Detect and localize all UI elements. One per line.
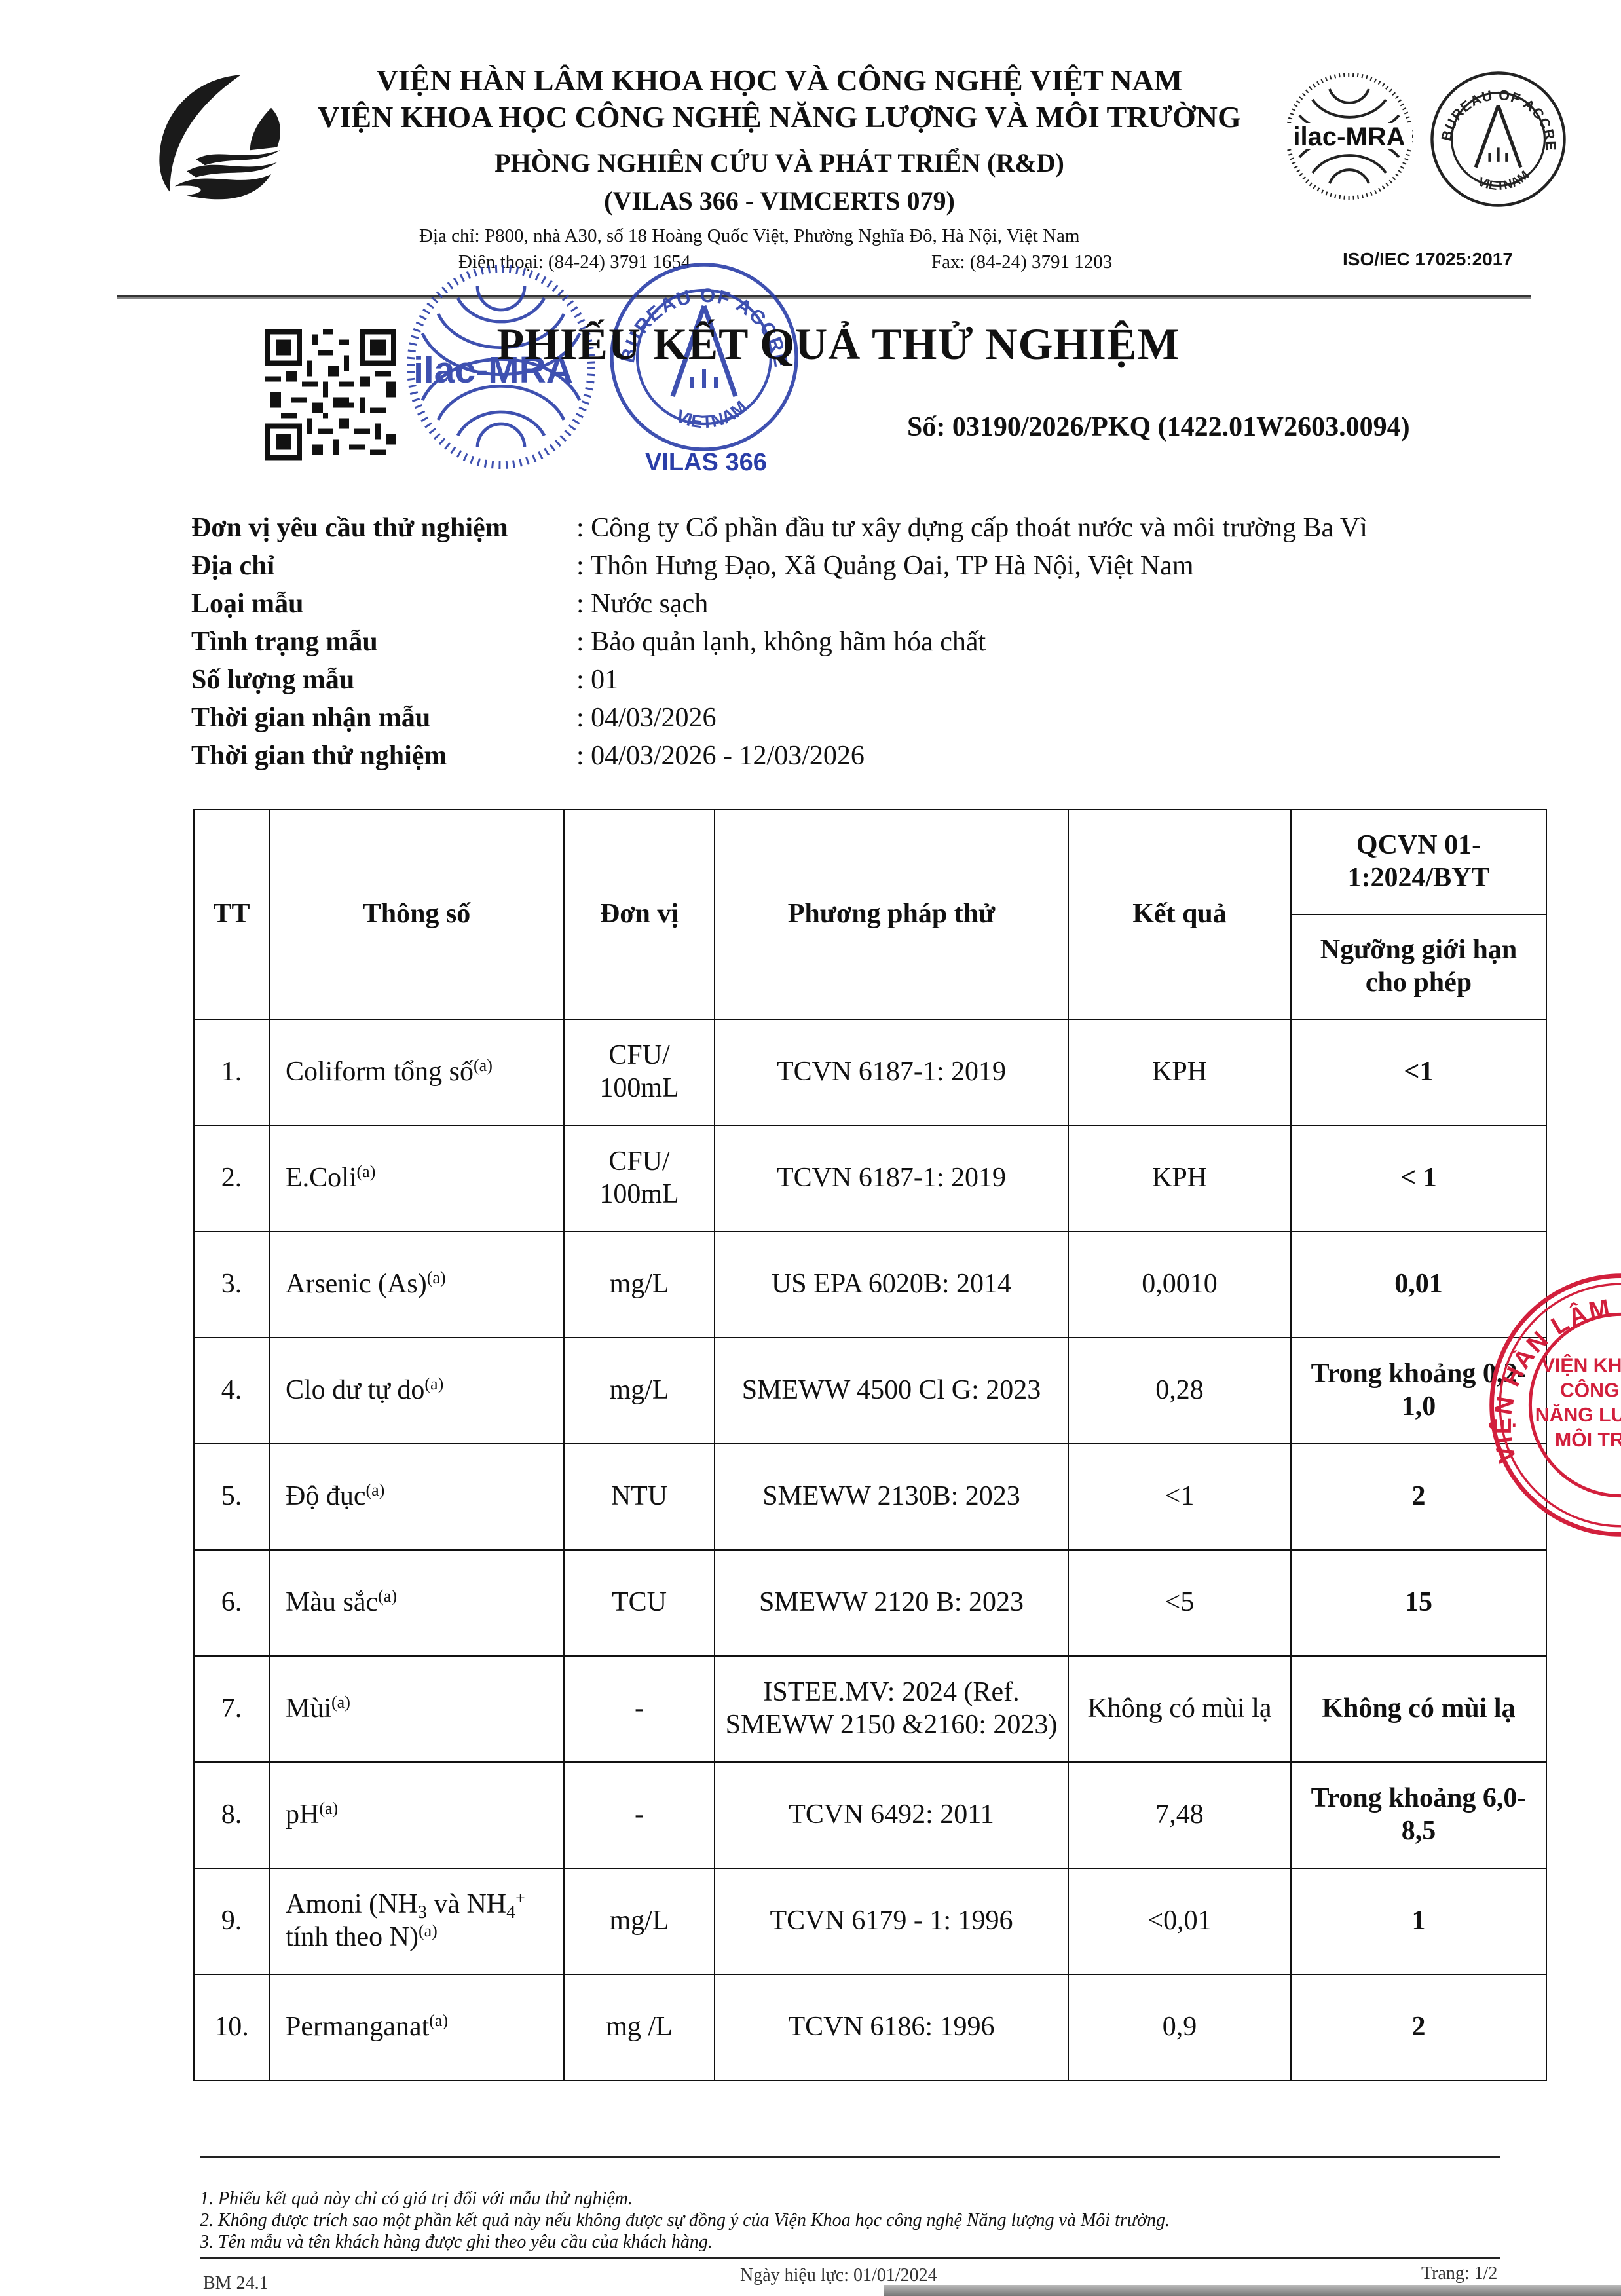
footer-note: 3. Tên mẫu và tên khách hàng được ghi th… xyxy=(200,2231,1170,2253)
cell-unit: CFU/ 100mL xyxy=(564,1019,715,1125)
footer-note: 1. Phiếu kết quả này chỉ có giá trị đối … xyxy=(200,2188,1170,2210)
effective-date: Ngày hiệu lực: 01/01/2024 xyxy=(740,2265,937,2286)
org-address: Địa chỉ: P800, nhà A30, số 18 Hoàng Quốc… xyxy=(419,225,1079,247)
cell-parameter: Mùi(a) xyxy=(269,1656,564,1762)
cell-tt: 9. xyxy=(194,1868,269,1974)
cell-parameter: Clo dư tự do(a) xyxy=(269,1338,564,1444)
cell-parameter: Amoni (NH3 và NH4+ tính theo N)(a) xyxy=(269,1868,564,1974)
svg-text:BUREAU OF ACCREDITATION: BUREAU OF ACCREDITATION xyxy=(1428,69,1559,151)
cell-parameter: Arsenic (As)(a) xyxy=(269,1232,564,1338)
cell-unit: mg/L xyxy=(564,1232,715,1338)
parameter-name: Clo dư tự do xyxy=(286,1375,424,1405)
info-value: : 04/03/2026 xyxy=(576,702,717,734)
cell-tt: 1. xyxy=(194,1019,269,1125)
accreditation-note-marker: (a) xyxy=(319,1799,338,1818)
cell-result: 0,9 xyxy=(1068,1974,1291,2080)
vilas-stamp-label: VILAS 366 xyxy=(645,449,767,477)
results-table: TT Thông số Đơn vị Phương pháp thử Kết q… xyxy=(193,809,1547,2081)
svg-text:VIETNAM: VIETNAM xyxy=(673,397,751,432)
parameter-name: Permanganat xyxy=(286,2012,429,2042)
cell-unit: mg /L xyxy=(564,1974,715,2080)
parameter-name: Arsenic (As) xyxy=(286,1269,427,1299)
info-label: Thời gian nhận mẫu xyxy=(191,702,576,734)
accreditation-note-marker: (a) xyxy=(474,1056,493,1075)
page-number: Trang: 1/2 xyxy=(1421,2263,1497,2284)
cell-result: <1 xyxy=(1068,1444,1291,1550)
svg-text:VIETNAM: VIETNAM xyxy=(1476,168,1532,193)
bureau-of-accreditation-logo-icon: BUREAU OF ACCREDITATION VIETNAM xyxy=(1428,69,1569,210)
iso-standard-label: ISO/IEC 17025:2017 xyxy=(1343,249,1513,270)
table-row: 2.E.Coli(a)CFU/ 100mLTCVN 6187-1: 2019KP… xyxy=(194,1125,1546,1232)
info-row: Thời gian nhận mẫu: 04/03/2026 xyxy=(191,696,1368,734)
info-label: Địa chỉ xyxy=(191,550,576,582)
cell-tt: 6. xyxy=(194,1550,269,1656)
table-row: 7.Mùi(a)-ISTEE.MV: 2024 (Ref. SMEWW 2150… xyxy=(194,1656,1546,1762)
cell-tt: 3. xyxy=(194,1232,269,1338)
cell-unit: TCU xyxy=(564,1550,715,1656)
info-value: : Nước sạch xyxy=(576,588,708,620)
cell-unit: - xyxy=(564,1762,715,1868)
cell-tt: 10. xyxy=(194,1974,269,2080)
info-row: Đơn vị yêu cầu thử nghiệm: Công ty Cổ ph… xyxy=(191,506,1368,544)
cell-limit: 0,01 xyxy=(1291,1232,1546,1338)
cell-tt: 7. xyxy=(194,1656,269,1762)
cell-parameter: Độ đục(a) xyxy=(269,1444,564,1550)
cell-unit: mg/L xyxy=(564,1338,715,1444)
cell-method: TCVN 6187-1: 2019 xyxy=(715,1125,1068,1232)
cell-limit: < 1 xyxy=(1291,1125,1546,1232)
cell-method: TCVN 6186: 1996 xyxy=(715,1974,1068,2080)
info-label: Tình trạng mẫu xyxy=(191,626,576,658)
cell-result: <0,01 xyxy=(1068,1868,1291,1974)
cell-unit: - xyxy=(564,1656,715,1762)
org-department-name: PHÒNG NGHIÊN CỨU VÀ PHÁT TRIỂN (R&D) xyxy=(288,147,1271,178)
parameter-name: Coliform tổng số xyxy=(286,1057,474,1087)
org-accreditation-codes: (VILAS 366 - VIMCERTS 079) xyxy=(288,185,1271,216)
header-divider xyxy=(117,295,1531,299)
footer-divider-top xyxy=(200,2156,1500,2158)
accreditation-note-marker: (a) xyxy=(419,1921,438,1940)
page-title: PHIẾU KẾT QUẢ THỬ NGHIỆM xyxy=(413,318,1264,370)
header-result: Kết quả xyxy=(1068,810,1291,1019)
cell-method: ISTEE.MV: 2024 (Ref. SMEWW 2150 &2160: 2… xyxy=(715,1656,1068,1762)
cell-limit: Trong khoảng 0,2-1,0 xyxy=(1291,1338,1546,1444)
org-institute-name: VIỆN KHOA HỌC CÔNG NGHỆ NĂNG LƯỢNG VÀ MÔ… xyxy=(288,100,1271,134)
cell-result: 0,28 xyxy=(1068,1338,1291,1444)
cell-parameter: Permanganat(a) xyxy=(269,1974,564,2080)
footer-divider-bottom xyxy=(200,2257,1500,2259)
footer-notes: 1. Phiếu kết quả này chỉ có giá trị đối … xyxy=(200,2188,1170,2253)
header-method: Phương pháp thử xyxy=(715,810,1068,1019)
cell-result: <5 xyxy=(1068,1550,1291,1656)
cell-unit: NTU xyxy=(564,1444,715,1550)
cell-limit: 15 xyxy=(1291,1550,1546,1656)
info-row: Số lượng mẫu: 01 xyxy=(191,658,1368,696)
scan-edge-shadow xyxy=(884,2285,1621,2296)
cell-limit: 2 xyxy=(1291,1974,1546,2080)
cell-result: 0,0010 xyxy=(1068,1232,1291,1338)
accreditation-note-marker: (a) xyxy=(357,1162,376,1181)
form-code: BM 24.1 xyxy=(203,2273,269,2294)
info-label: Số lượng mẫu xyxy=(191,664,576,696)
cell-parameter: Màu sắc(a) xyxy=(269,1550,564,1656)
cell-parameter: E.Coli(a) xyxy=(269,1125,564,1232)
cell-limit: 2 xyxy=(1291,1444,1546,1550)
accreditation-note-marker: (a) xyxy=(427,1268,446,1287)
header-tt: TT xyxy=(194,810,269,1019)
info-value: : Thôn Hưng Đạo, Xã Quảng Oai, TP Hà Nội… xyxy=(576,550,1194,582)
cell-method: SMEWW 2130B: 2023 xyxy=(715,1444,1068,1550)
accreditation-note-marker: (a) xyxy=(424,1374,443,1393)
sample-info: Đơn vị yêu cầu thử nghiệm: Công ty Cổ ph… xyxy=(191,506,1368,772)
cell-parameter: Coliform tổng số(a) xyxy=(269,1019,564,1125)
svg-text:VIỆN KHOA HỌC: VIỆN KHOA HỌC xyxy=(1542,1355,1621,1377)
parameter-name-part: 4 xyxy=(506,1902,515,1923)
cell-tt: 2. xyxy=(194,1125,269,1232)
svg-text:CÔNG NGHỆ: CÔNG NGHỆ xyxy=(1560,1379,1621,1401)
cell-method: TCVN 6187-1: 2019 xyxy=(715,1019,1068,1125)
info-row: Loại mẫu: Nước sạch xyxy=(191,582,1368,620)
info-row: Thời gian thử nghiệm: 04/03/2026 - 12/03… xyxy=(191,734,1368,772)
cell-limit: 1 xyxy=(1291,1868,1546,1974)
document-number: Số: 03190/2026/PKQ (1422.01W2603.0094) xyxy=(907,411,1410,443)
parameter-name-part: Amoni (NH xyxy=(286,1889,418,1919)
cell-tt: 4. xyxy=(194,1338,269,1444)
cell-limit: Trong khoảng 6,0-8,5 xyxy=(1291,1762,1546,1868)
org-parent-name: VIỆN HÀN LÂM KHOA HỌC VÀ CÔNG NGHỆ VIỆT … xyxy=(288,63,1271,98)
parameter-name: Độ đục xyxy=(286,1481,365,1511)
table-row: 3.Arsenic (As)(a)mg/LUS EPA 6020B: 20140… xyxy=(194,1232,1546,1338)
parameter-name: Mùi xyxy=(286,1693,331,1723)
accreditation-note-marker: (a) xyxy=(378,1587,397,1606)
table-row: 10.Permanganat(a)mg /LTCVN 6186: 19960,9… xyxy=(194,1974,1546,2080)
info-row: Tình trạng mẫu: Bảo quản lạnh, không hãm… xyxy=(191,620,1368,658)
cell-method: SMEWW 4500 Cl G: 2023 xyxy=(715,1338,1068,1444)
parameter-name-part: 3 xyxy=(418,1902,427,1923)
info-label: Thời gian thử nghiệm xyxy=(191,740,576,772)
results-table-container: TT Thông số Đơn vị Phương pháp thử Kết q… xyxy=(193,809,1546,2081)
cell-result: KPH xyxy=(1068,1019,1291,1125)
cell-result: KPH xyxy=(1068,1125,1291,1232)
info-value: : 04/03/2026 - 12/03/2026 xyxy=(576,740,865,772)
cell-result: 7,48 xyxy=(1068,1762,1291,1868)
cell-parameter: pH(a) xyxy=(269,1762,564,1868)
cell-result: Không có mùi lạ xyxy=(1068,1656,1291,1762)
accreditation-note-marker: (a) xyxy=(365,1480,384,1499)
cell-tt: 5. xyxy=(194,1444,269,1550)
parameter-name-part: và NH xyxy=(427,1889,506,1919)
info-value: : Bảo quản lạnh, không hãm hóa chất xyxy=(576,626,986,658)
cell-method: US EPA 6020B: 2014 xyxy=(715,1232,1068,1338)
table-row: 9.Amoni (NH3 và NH4+ tính theo N)(a)mg/L… xyxy=(194,1868,1546,1974)
parameter-name: pH xyxy=(286,1799,319,1830)
svg-text:MÔI TRƯỜNG: MÔI TRƯỜNG xyxy=(1555,1429,1621,1451)
parameter-name: Màu sắc xyxy=(286,1587,378,1617)
cell-method: TCVN 6179 - 1: 1996 xyxy=(715,1868,1068,1974)
info-label: Loại mẫu xyxy=(191,588,576,620)
svg-text:ilac-MRA: ilac-MRA xyxy=(1293,122,1405,151)
info-label: Đơn vị yêu cầu thử nghiệm xyxy=(191,512,576,544)
cell-method: TCVN 6492: 2011 xyxy=(715,1762,1068,1868)
results-table-body: 1.Coliform tổng số(a)CFU/ 100mLTCVN 6187… xyxy=(194,1019,1546,2080)
info-value: : Công ty Cổ phần đầu tư xây dựng cấp th… xyxy=(576,512,1368,544)
parameter-name-part: + xyxy=(515,1889,525,1908)
org-fax: Fax: (84-24) 3791 1203 xyxy=(931,252,1112,273)
info-value: : 01 xyxy=(576,664,618,696)
cell-method: SMEWW 2120 B: 2023 xyxy=(715,1550,1068,1656)
svg-text:NĂNG LƯỢNG VÀ: NĂNG LƯỢNG VÀ xyxy=(1535,1404,1621,1426)
table-row: 4.Clo dư tự do(a)mg/LSMEWW 4500 Cl G: 20… xyxy=(194,1338,1546,1444)
accreditation-note-marker: (a) xyxy=(331,1693,350,1712)
accreditation-note-marker: (a) xyxy=(429,2011,448,2030)
ilac-mra-logo-icon: ilac-MRA xyxy=(1284,71,1415,202)
table-row: 6.Màu sắc(a)TCUSMEWW 2120 B: 2023<515 xyxy=(194,1550,1546,1656)
table-row: 1.Coliform tổng số(a)CFU/ 100mLTCVN 6187… xyxy=(194,1019,1546,1125)
cell-unit: mg/L xyxy=(564,1868,715,1974)
info-row: Địa chỉ: Thôn Hưng Đạo, Xã Quảng Oai, TP… xyxy=(191,544,1368,582)
cell-tt: 8. xyxy=(194,1762,269,1868)
footer-note: 2. Không được trích sao một phần kết quả… xyxy=(200,2210,1170,2231)
table-row: 8.pH(a)-TCVN 6492: 20117,48Trong khoảng … xyxy=(194,1762,1546,1868)
institute-logo-icon xyxy=(151,69,301,219)
header-unit: Đơn vị xyxy=(564,810,715,1019)
parameter-name-part: tính theo N) xyxy=(286,1922,419,1952)
cell-limit: Không có mùi lạ xyxy=(1291,1656,1546,1762)
cell-limit: <1 xyxy=(1291,1019,1546,1125)
parameter-name: E.Coli xyxy=(286,1163,357,1193)
header-parameter: Thông số xyxy=(269,810,564,1019)
header-standard: QCVN 01-1:2024/BYT xyxy=(1291,810,1546,914)
header-limit: Ngưỡng giới hạn cho phép xyxy=(1291,914,1546,1019)
cell-unit: CFU/ 100mL xyxy=(564,1125,715,1232)
table-row: 5.Độ đục(a)NTUSMEWW 2130B: 2023<12 xyxy=(194,1444,1546,1550)
qr-code-icon xyxy=(265,328,396,462)
